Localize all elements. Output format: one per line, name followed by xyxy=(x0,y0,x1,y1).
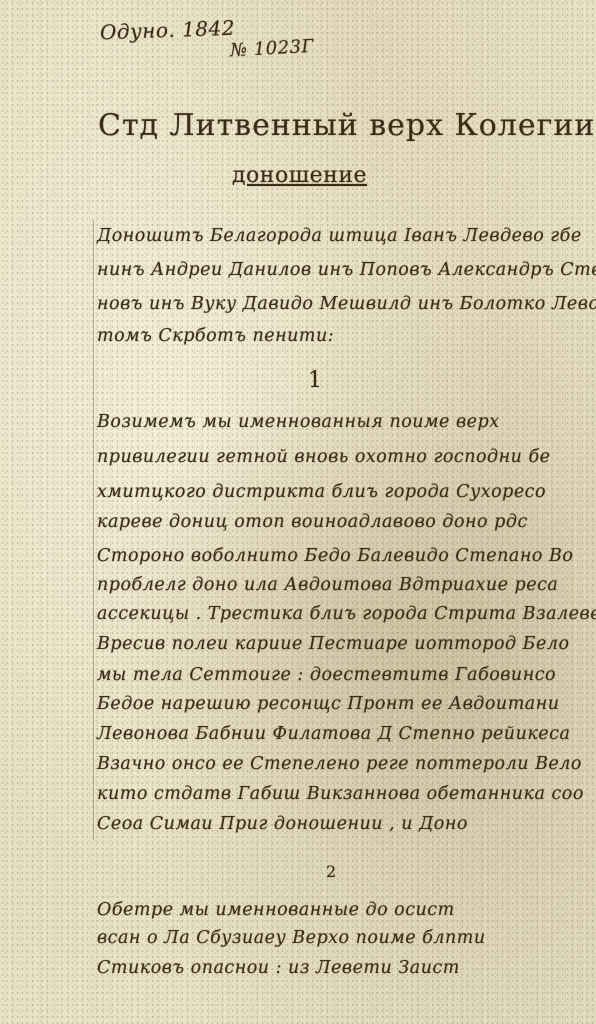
header-annotation-line1: Одуно. 1842 xyxy=(100,16,236,45)
intro-line: Доношитъ Белагорода штица Іванъ Левдево … xyxy=(97,226,582,246)
body-line: Бедое нарешию ресонщс Пронт ее Авдоитани xyxy=(97,694,560,714)
body-line: Обетре мы именнованные до осист xyxy=(97,900,455,920)
margin-rule xyxy=(93,220,94,840)
body-line: привилегии гетной вновь охотно господни … xyxy=(97,447,551,467)
document-title: Стд Литвенный верх Колегии xyxy=(98,108,595,143)
body-line: Возимемъ мы именнованныя поиме верх xyxy=(97,412,500,432)
intro-line: нинъ Андреи Данилов инъ Поповъ Александр… xyxy=(97,260,596,280)
body-line: Сеоа Симаи Приг доношении , и Доно xyxy=(97,814,468,834)
body-line: кареве дониц отоп воиноадлавово доно рдс xyxy=(97,512,528,532)
section-number-1: 1 xyxy=(308,368,323,393)
intro-line: томъ Скрботъ пенити: xyxy=(97,326,334,346)
body-line: Левонова Бабнии Филатова Д Степно рейике… xyxy=(97,724,570,744)
body-line: всан о Ла Сбузиаеу Верхо поиме блпти xyxy=(97,928,486,948)
body-line: Стиковъ опаснои : из Левети Заист xyxy=(97,958,460,978)
body-line: кито стдатв Габиш Викзаннова обетанника … xyxy=(97,784,584,804)
body-line: проблелг доно ила Авдоитова Вдтриахие ре… xyxy=(97,575,558,595)
body-line: ассекицы . Трестика блиъ города Стрита В… xyxy=(97,604,596,624)
header-annotation-line2: № 1023Г xyxy=(230,36,315,61)
manuscript-page: Одуно. 1842 № 1023Г Стд Литвенный верх К… xyxy=(0,0,596,1024)
body-line: Стороно воболнито Бедо Балевидо Степано … xyxy=(97,546,573,566)
section-number-2: 2 xyxy=(326,862,337,881)
body-line: мы тела Сеттоиге : доестевтитв Габовинсо xyxy=(97,665,556,685)
body-line: Взачно онсо ее Степелено реге поттероли … xyxy=(97,754,582,774)
intro-line: новъ инъ Вуку Давидо Мешвилд инъ Болотко… xyxy=(97,294,596,314)
body-line: хмитцкого дистрикта блиъ города Сухоресо xyxy=(97,482,546,502)
document-subtitle: доношение xyxy=(232,163,367,188)
body-line: Вресив полеи кариие Пестиаре иоттород Бе… xyxy=(97,634,570,654)
